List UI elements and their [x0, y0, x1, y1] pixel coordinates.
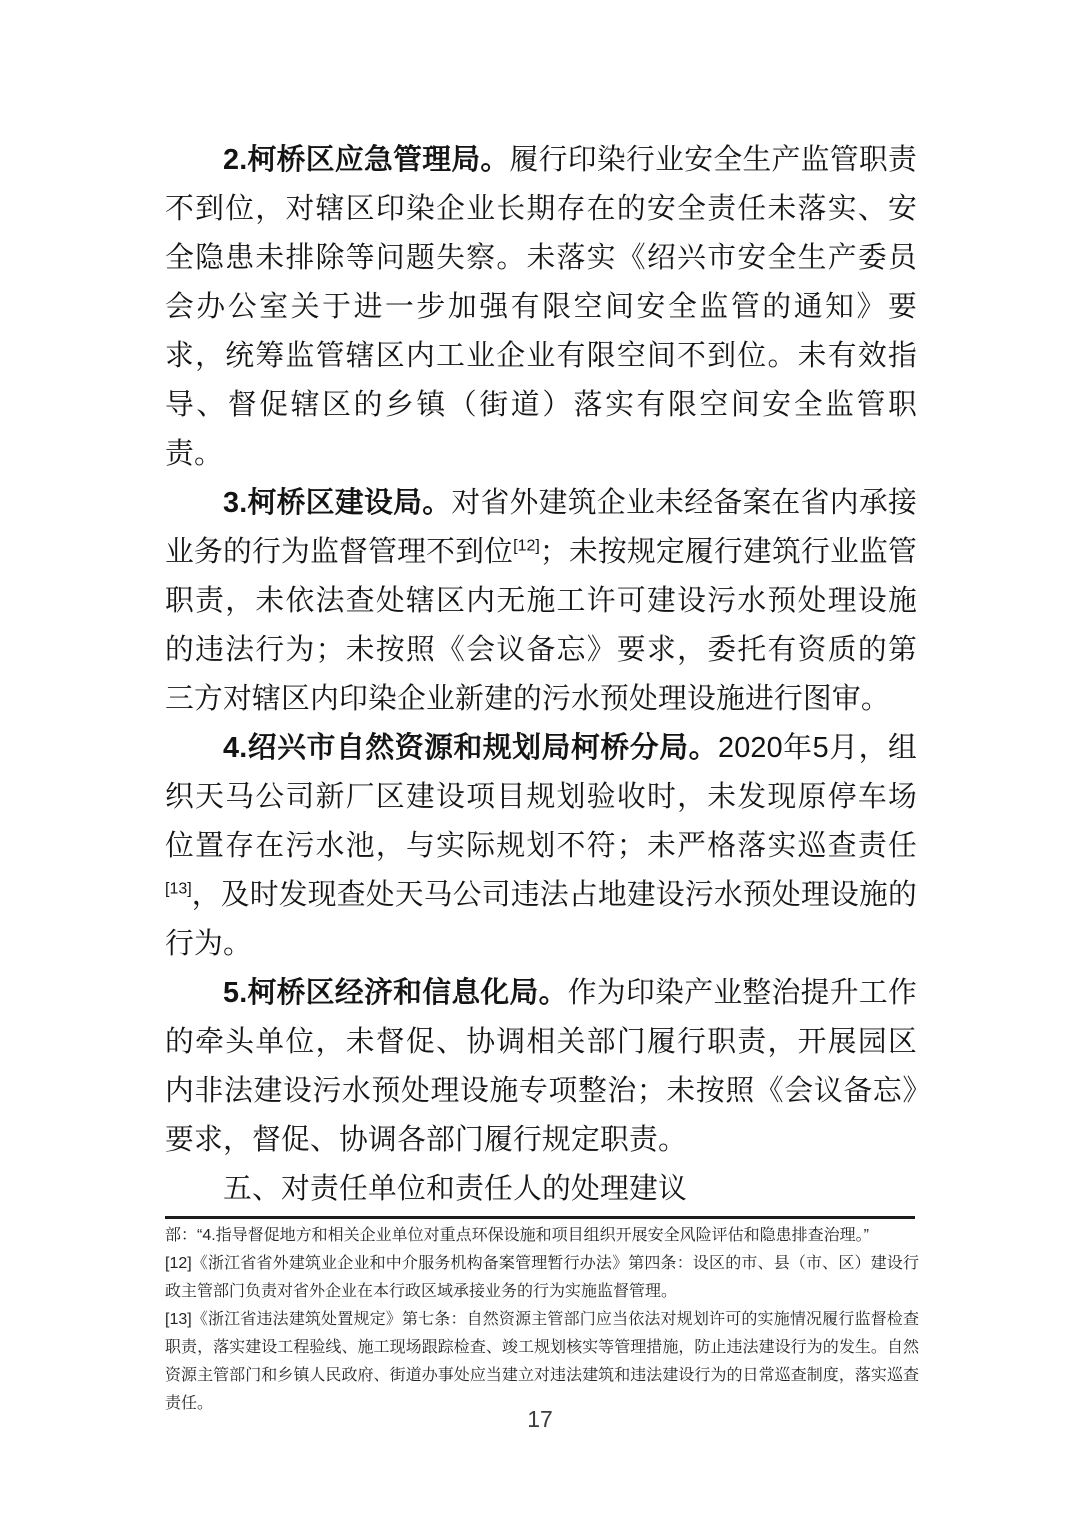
- body-text: 履行印染行业安全生产监管职责不到位，对辖区印染企业长期存在的安全责任未落实、安全…: [165, 144, 917, 470]
- paragraph: 4.绍兴市自然资源和规划局柯桥分局。2020年5月，组织天马公司新厂区建设项目规…: [165, 724, 917, 969]
- org-name-bold: 4.绍兴市自然资源和规划局柯桥分局。: [223, 732, 718, 764]
- paragraph: 2.柯桥区应急管理局。履行印染行业安全生产监管职责不到位，对辖区印染企业长期存在…: [165, 136, 917, 479]
- body-text: ，及时发现查处天马公司违法占地建设污水预处理设施的行为。: [165, 879, 917, 960]
- footnote-separator-line: [165, 1216, 915, 1219]
- org-name-bold: 5.柯桥区经济和信息化局。: [223, 977, 568, 1009]
- document-body: 2.柯桥区应急管理局。履行印染行业安全生产监管职责不到位，对辖区印染企业长期存在…: [165, 136, 917, 1214]
- section-heading: 五、对责任单位和责任人的处理建议: [165, 1165, 917, 1214]
- footnote: [12]《浙江省省外建筑业企业和中介服务机构备案管理暂行办法》第四条：设区的市、…: [165, 1250, 919, 1306]
- org-name-bold: 3.柯桥区建设局。: [223, 487, 451, 519]
- footnote: [13]《浙江省违法建筑处置规定》第七条：自然资源主管部门应当依法对规划许可的实…: [165, 1306, 919, 1418]
- footnote-reference: [12]: [513, 537, 540, 554]
- document-page: 2.柯桥区应急管理局。履行印染行业安全生产监管职责不到位，对辖区印染企业长期存在…: [0, 0, 1080, 1527]
- body-text: 五、对责任单位和责任人的处理建议: [223, 1173, 687, 1205]
- paragraph: 3.柯桥区建设局。对省外建筑企业未经备案在省内承接业务的行为监督管理不到位[12…: [165, 479, 917, 724]
- paragraph: 5.柯桥区经济和信息化局。作为印染产业整治提升工作的牵头单位，未督促、协调相关部…: [165, 969, 917, 1165]
- footnote: 部：“4.指导督促地方和相关企业单位对重点环保设施和项目组织开展安全风险评估和隐…: [165, 1222, 919, 1250]
- org-name-bold: 2.柯桥区应急管理局。: [223, 144, 510, 176]
- page-number: 17: [0, 1406, 1080, 1433]
- footnote-reference: [13]: [165, 880, 192, 897]
- footnotes: 部：“4.指导督促地方和相关企业单位对重点环保设施和项目组织开展安全风险评估和隐…: [165, 1222, 919, 1418]
